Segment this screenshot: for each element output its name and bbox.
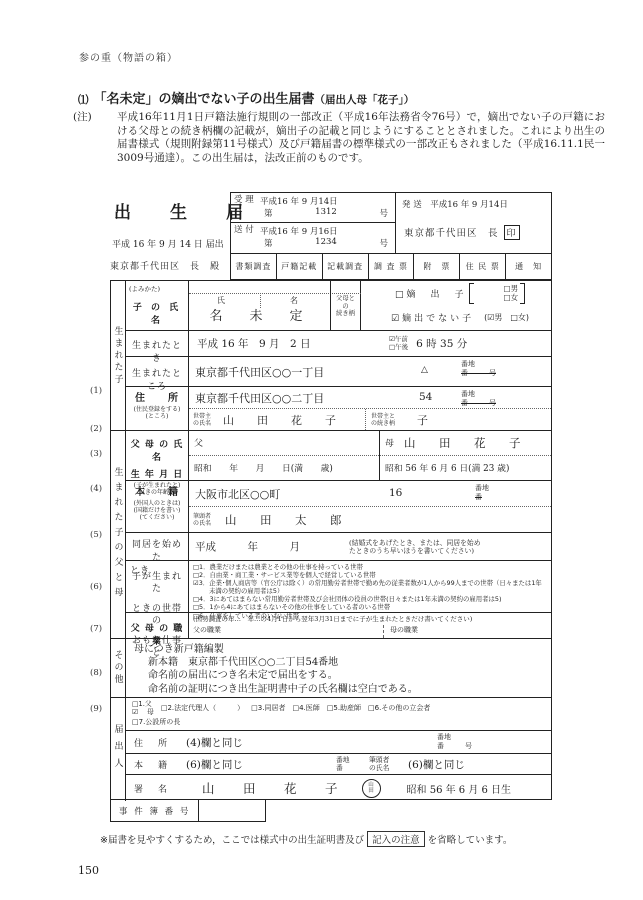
work-option-5-checkbox: □5．1から4にあてはまらないその他の仕事をしている者のいる世帯 [193,603,547,611]
legitimacy-cell: □嫡 出 子 □男□女 ☑嫡出でない子 (☑男 □女) [361,281,551,330]
work-option-3-checkbox: ☑3．企業･個人商店等（官公庁は除く）の常用勤労者世帯で勤め先の従業者数が1人か… [193,579,547,595]
row-parents-occupation: 父 母 の 職 業 (国勢調査の年… 年…の4月1日から翌年3月31日までに子が… [126,613,551,639]
notifier-father-checkbox: □1.父 [132,700,154,708]
section-heading: ⑴「名未定」の嫡出でない子の出生届書（届出人母「花子」） [78,88,414,107]
not-legitimate-sex-checkboxes: (☑男 □女) [484,312,529,323]
banchi-label: 番地 [475,484,545,493]
birth-place-value: 東京都千代田区○○一丁目 [189,364,324,380]
notifier-domicile-label: 本 籍 [126,758,170,771]
case-number-row: 事 件 簿 番 号 [110,800,266,822]
other-line-1: 母につき新戸籍編製 [134,643,551,656]
relation-label-l3: 続き柄 [331,310,360,318]
banchi-label: 番地 [437,733,525,742]
ban-go-struck: 番 号 [461,399,545,408]
mother-column: 母山 田 花 子 昭和 56 年 6 月 6 日(満 23 歳) [380,431,551,480]
occupation-note: (国勢調査の年… 年…の4月1日から翌年3月31日までに子が生まれたときだけ書い… [189,613,551,625]
band-other: その他 [111,639,126,698]
household-work-label-l1: 子が生まれた [128,571,186,595]
banchi-label: 番地 [461,390,545,399]
heading-number: ⑴ [78,94,89,106]
stamp-cell-documents: 書類調査 [231,254,277,279]
father-column: 父 昭和 年 月 日(満 歳) [189,431,380,480]
work-option-2-checkbox: □2．自由業・商工業・サービス業等を個人で経営している世帯 [193,571,547,579]
relation-label-l1: 父母と [331,295,360,303]
banchi-label: 番地 [336,756,350,764]
birth-registration-form: (1) (2) (3) (4) (5) (6) (7) (8) (9) 出 生 … [110,192,552,822]
acceptance-date: 平成16 年 9 月14日 [260,197,338,207]
band-notifier: 届出人 [111,698,126,801]
addressee: 東京都千代田区 長 殿 [110,259,220,272]
heading-subtitle: （届出人母「花子」） [315,94,415,106]
row-number-3: (3) [90,449,108,459]
case-number-label: 事 件 簿 番 号 [111,800,198,821]
notifier-cohabitant-checkbox: □3.同居者 [251,703,285,713]
notifier-doctor-checkbox: □4.医師 [292,703,319,713]
no-prefix2: 第 [264,237,273,249]
notifier-head-value: (6)欄と同じ [408,757,465,772]
forwarding-cell: 送 付 平成16 年 9 月16日 第1234号 [231,223,395,253]
dispatch-cell: 発 送 平成16 年 9 月14日 東京都千代田区 長印 [396,193,551,253]
father-label: 父 [194,436,203,449]
householder-label-l2: の氏名 [193,420,211,427]
row-number-1: (1) [90,386,108,396]
stamp-cell-survey: 調 査 票 [369,254,415,279]
row-number-2: (2) [90,424,108,434]
signature-value: 山 田 花 子 [202,779,346,797]
note-label: (注) [73,111,92,125]
householder-relation-label-l2: の続き柄 [371,420,395,427]
other-line-2: 新本籍 東京都千代田区○○二丁目54番地 [134,656,551,669]
address-value: 東京都千代田区○○二丁目 [189,390,324,406]
row-notifier-type: □1.父☑ 母 □2.法定代理人（ ） □3.同居者 □4.医師 □5.助産師 … [126,698,551,731]
row-parents-names: 父 母 の 氏 名 生 年 月 日 (子が生まれたと) (きの年齢) 父 昭和 … [126,431,551,481]
acceptance-number: 1312 [315,207,337,219]
row-other: 母につき新戸籍編製 新本籍 東京都千代田区○○二丁目54番地 命名前の届出につき… [126,639,551,698]
forwarding-date: 平成16 年 9 月16日 [260,227,338,237]
birth-date-value: 平成 16 年 9 月 2 日 [189,336,349,351]
row-number-4: (4) [90,484,108,494]
notifier-domicile-value: (6)欄と同じ [186,757,243,772]
office-use-table: 受 理 平成16 年 9 月14日 第1312号 送 付 平成16 年 9 月1… [230,192,552,280]
child-name-label: 子 の 氏 名 [128,300,186,326]
head-of-family-label-l2: の氏名 [193,520,211,527]
form-header: 出 生 届 平成 16 年 9 月 14 日 届出 東京都千代田区 長 殿 受 … [110,192,552,280]
no-prefix: 第 [264,207,273,219]
head-of-family-label-l2: の氏名 [369,764,389,772]
bracket-right [520,283,525,304]
mother-name-value: 山 田 花 子 [404,435,527,451]
stamp-cell-entry-check: 記載調査 [323,254,369,279]
ban-go-label: 番 号 [437,742,525,751]
form-body-table: 生まれた子 生まれた子の父と母 その他 届出人 (よみかた) 子 の 氏 名 氏… [110,280,552,800]
other-line-3: 命名前の届出につき名未定で届出をする。 [134,669,551,682]
householder-label-l1: 世帯主 [193,413,211,420]
footnote: ※届書を見やすくするため，ここでは様式中の出生証明書及び記入の注意を省略していま… [100,831,512,847]
row-birth-time: 生まれたとき 平成 16 年 9 月 2 日 ☑午前□午後 6 時 35 分 [126,331,551,357]
stamp-cell-koseki: 戸籍記載 [277,254,323,279]
row-domicile: 本 籍 (外国人のときは) (国籍だけを書い) (てください) 大阪市北区○○町… [126,481,551,533]
stamp-row: 書類調査 戸籍記載 記載調査 調 査 票 附 票 住 民 票 通 知 [231,253,551,279]
band-child: 生まれた子 [111,281,126,431]
cohabitation-note-l2: たときのうち早いほうを書いてください) [349,547,481,555]
case-number-box [198,800,266,821]
child-name-cell: 氏 名 名 未 定 [189,281,331,330]
domicile-label: 本 籍 [128,483,186,498]
legitimate-female-checkbox: □女 [504,293,519,302]
head-of-family-label-l1: 筆頭者 [369,756,389,764]
parents-name-label-l1: 父 母 の 氏 名 [128,437,186,463]
acceptance-cell: 受 理 平成16 年 9 月14日 第1312号 [231,193,395,223]
domicile-number: 16 [389,487,402,499]
mayor-seal-icon: 印 [504,225,520,240]
row-number-5: (5) [90,530,108,540]
head-of-family-name: 山 田 太 郎 [225,512,348,528]
address-sublabel-l2: (ところ) [128,413,186,420]
page-number: 150 [78,864,99,877]
row-notifier-address: 住 所 (4)欄と同じ 番地番 号 [126,731,551,754]
work-option-1-checkbox: □1．農業だけまたは農業とその他の仕事を持っている世帯 [193,563,547,571]
father-occupation-label: 父の職業 [189,625,383,638]
notifier-birthdate: 昭和 56 年 6 月 6 日生 [407,781,512,796]
row-notifier-domicile: 本 籍 (6)欄と同じ 番地番 筆頭者の氏名 (6)欄と同じ [126,754,551,775]
note-text: 平成16年11月1日戸籍法施行規則の一部改正（平成16年法務省令76号）で，嫡出… [117,111,605,165]
heading-title: 「名未定」の嫡出でない子の出生届書 [94,92,315,107]
stamp-cell-resident: 住 民 票 [460,254,506,279]
row-birth-place: 生まれたところ 東京都千代田区○○一丁目 △ 番地番 号 [126,357,551,387]
row-notifier-signature: 署 名 山 田 花 子 山田 昭和 56 年 6 月 6 日生 [126,775,551,801]
note-paragraph: (注) 平成16年11月1日戸籍法施行規則の一部改正（平成16年法務省令76号）… [73,111,605,165]
other-line-4: 命名前の証明につき出生証明書中子の氏名欄は空白である。 [134,683,551,696]
seal-char-2: 田 [368,788,374,794]
band-parents: 生まれた子の父と母 [111,431,126,639]
ban-label: 番 [336,764,350,772]
footnote-post: を省略しています。 [428,835,513,846]
filing-date: 平成 16 年 9 月 14 日 届出 [112,237,224,250]
pm-checkbox: □午後 [389,344,408,352]
cohabitation-date-value: 平成 年 月 [189,539,335,554]
domicile-value: 大阪市北区○○町 [189,486,280,502]
father-birthdate: 昭和 年 月 日(満 歳) [189,456,379,480]
notifier-legal-rep-checkbox: □2.法定代理人（ ） [161,703,244,713]
row-number-6: (6) [90,582,108,592]
forwarding-number: 1234 [315,237,337,249]
no-suffix2: 号 [379,237,388,249]
kana-label: (よみかた) [129,284,160,293]
householder-name: 山 田 花 子 [223,412,342,428]
bracket-left [469,283,474,304]
notifier-address-value: (4)欄と同じ [186,735,243,750]
dispatch-date: 発 送 平成16 年 9 月14日 [402,198,508,210]
document-page: 参の重（物語の箱） ⑴「名未定」の嫡出でない子の出生届書（届出人母「花子」） (… [0,0,643,900]
birth-time-value: 6 時 35 分 [416,336,467,351]
mayor-name: 東京都千代田区 長 [404,228,499,239]
acceptance-label: 受 理 [234,195,260,220]
no-suffix: 号 [379,207,388,219]
householder-relation-value: 子 [417,412,428,428]
legitimate-checkbox: □嫡 出 子 [395,287,467,300]
banchi-label: 番地 [461,360,545,369]
row-number-8: (8) [90,668,108,678]
notifier-public-office-checkbox: □7.公設所の長 [132,717,551,727]
head-of-family-label-l1: 筆頭者 [193,513,211,520]
mother-label: 母 [385,436,394,449]
row-cohabitation: 同居を始めた とき 平成 年 月 (結婚式をあげたとき、または、同居を始めたとき… [126,533,551,561]
relation-label: 父母と の 続き柄 [331,281,361,330]
notifier-midwife-checkbox: □5.助産師 [327,703,361,713]
footnote-pre: ※届書を見やすくするため，ここでは様式中の出生証明書及び [100,835,364,846]
row-child-name: (よみかた) 子 の 氏 名 氏 名 名 未 定 父母と の 続き柄 [126,281,551,331]
mother-birthdate: 昭和 56 年 6 月 6 日(満 23 歳) [380,456,551,480]
row-number-7: (7) [90,624,108,634]
mother-occupation-label: 母の職業 [383,625,551,638]
notifier-other-witness-checkbox: □6.その他の立会者 [368,703,430,713]
row-household-work: 子が生まれた ときの世帯の おもな仕事と □1．農業だけまたは農業とその他の仕事… [126,561,551,613]
row-address: 住 所 (住民登録をする) (ところ) 東京都千代田区○○二丁目 54 番地番 … [126,387,551,431]
address-number: 54 [419,391,432,403]
relation-label-l2: の [331,303,360,311]
cohabitation-note-l1: (結婚式をあげたとき、または、同居を始め [349,539,481,547]
domicile-sublabel-l2: (国籍だけを書い) [128,507,186,514]
domicile-sublabel-l1: (外国人のときは) [128,500,186,507]
parents-name-label-l2: 生 年 月 日 [128,467,186,480]
forwarding-label: 送 付 [234,225,260,251]
row-number-9: (9) [90,704,108,714]
not-legitimate-checkbox: ☑嫡出でない子 [391,311,474,324]
triangle-mark: △ [421,365,428,375]
stamp-cell-notice: 通 知 [506,254,551,279]
address-label: 住 所 [128,389,186,404]
legitimate-male-checkbox: □男 [504,284,519,293]
domicile-sublabel-l3: (てください) [128,514,186,521]
householder-relation-label-l1: 世帯主と [371,413,395,420]
notifier-address-label: 住 所 [126,736,170,749]
ban-struck: 番 [475,493,545,502]
page-header-text: 参の重（物語の箱） [79,49,178,64]
ban-go-struck: 番 号 [461,369,545,378]
stamp-cell-attached: 附 票 [414,254,460,279]
divider-dotted [365,409,366,430]
footnote-boxed-term: 記入の注意 [367,831,425,847]
child-name-value: 名 未 定 [189,305,330,324]
address-sublabel-l1: (住民登録をする) [128,406,186,413]
signature-label: 署 名 [126,782,170,795]
personal-seal-icon: 山田 [362,779,381,798]
notifier-mother-checkbox: ☑ 母 [132,708,154,716]
cohabitation-label-l1: 同居を始めた [128,537,186,563]
